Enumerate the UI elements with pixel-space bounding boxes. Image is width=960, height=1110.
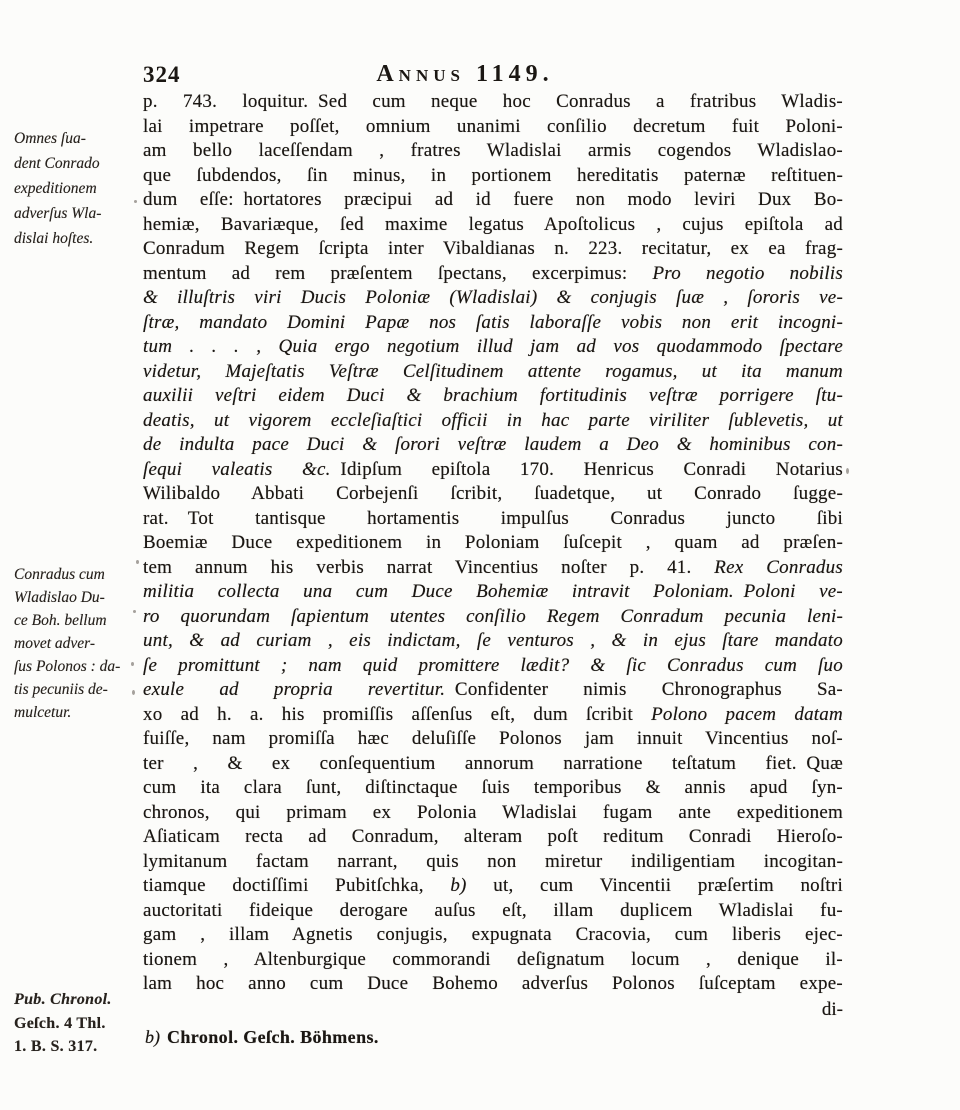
scanned-book-page: 324 Annus 1149. Omnes ſua-dent Conradoex…: [0, 0, 960, 1110]
margin-note-line: Wladislao Du-: [14, 586, 138, 609]
footnote: b)Chronol. Geſch. Böhmens.: [145, 1026, 785, 1049]
body-line: am bello laceſſendam , fratres Wladislai…: [143, 139, 843, 164]
margin-note-line: 1. B. S. 317.: [14, 1035, 138, 1059]
margin-note-line: Conradus cum: [14, 563, 138, 586]
body-line: cum ita clara ſunt, diſtinctaque ſuis te…: [143, 776, 843, 801]
page-number: 324: [143, 62, 181, 88]
margin-note-line: ce Boh. bellum: [14, 609, 138, 632]
body-line: tiamque doctiſſimi Pubitſchka, b) ut, cu…: [143, 874, 843, 899]
margin-note-line: expeditionem: [14, 176, 138, 201]
margin-note-line: mulcetur.: [14, 701, 138, 724]
body-line: ro quorundam ſapientum utentes conſilio …: [143, 605, 843, 630]
body-line: hemiæ, Bavariæque, ſed maxime legatus Ap…: [143, 213, 843, 238]
scan-speck: [134, 200, 137, 203]
scan-speck: [131, 662, 134, 666]
body-line: chronos, qui primam ex Polonia Wladislai…: [143, 801, 843, 826]
body-line: que ſubdendos, ſin minus, in portionem h…: [143, 164, 843, 189]
margin-note-line: Geſch. 4 Thl.: [14, 1012, 138, 1036]
scan-speck: [133, 610, 136, 613]
body-line: Boemiæ Duce expeditionem in Poloniam ſuſ…: [143, 531, 843, 556]
body-line: & illuſtris viri Ducis Poloniæ (Wladisla…: [143, 286, 843, 311]
body-line: ſtræ, mandato Domini Papæ nos ſatis labo…: [143, 311, 843, 336]
body-line: dum eſſe: hortatores præcipui ad id fuer…: [143, 188, 843, 213]
body-line: deatis, ut vigorem eccleſiaſtici officii…: [143, 409, 843, 434]
margin-note-line: ſus Polonos : da-: [14, 655, 138, 678]
body-text: p. 743. loquitur. Sed cum neque hoc Conr…: [143, 90, 843, 997]
body-line: Aſiaticam recta ad Conradum, alteram poſ…: [143, 825, 843, 850]
body-line: ſe promittunt ; nam quid promittere lædi…: [143, 654, 843, 679]
body-line: videtur, Majeſtatis Veſtræ Celſitudinem …: [143, 360, 843, 385]
scan-speck: [70, 1000, 72, 1003]
margin-note-2: Conradus cumWladislao Du-ce Boh. bellumm…: [14, 563, 138, 724]
catchword: di-: [143, 998, 843, 1023]
body-line: Wilibaldo Abbati Corbejenſi ſcribit, ſua…: [143, 482, 843, 507]
scan-speck: [846, 468, 849, 474]
body-line: militia collecta una cum Duce Bohemiæ in…: [143, 580, 843, 605]
body-line: lymitanum factam narrant, quis non miret…: [143, 850, 843, 875]
running-header-title: Annus 1149.: [240, 61, 690, 88]
body-line: exule ad propria revertitur. Confidenter…: [143, 678, 843, 703]
margin-note-line: adverſus Wla-: [14, 201, 138, 226]
margin-note-line: dislai hoſtes.: [14, 226, 138, 251]
scan-speck: [136, 560, 139, 564]
body-line: ſequi valeatis &c. Idipſum epiſtola 170.…: [143, 458, 843, 483]
body-line: auctoritati fideique derogare auſus eſt,…: [143, 899, 843, 924]
footnote-marker: b): [145, 1027, 160, 1047]
margin-note-line: tis pecuniis de-: [14, 678, 138, 701]
body-line: ter , & ex conſequentium annorum narrati…: [143, 752, 843, 777]
body-line: unt, & ad curiam , eis indictam, ſe vent…: [143, 629, 843, 654]
body-line: Conradum Regem ſcripta inter Vibaldianas…: [143, 237, 843, 262]
body-line: tum . . . , Quia ergo negotium illud jam…: [143, 335, 843, 360]
margin-note-line: dent Conrado: [14, 151, 138, 176]
body-line: lai impetrare poſſet, omnium unanimi con…: [143, 115, 843, 140]
body-line: tem annum his verbis narrat Vincentius n…: [143, 556, 843, 581]
margin-note-line: Pub. Chronol.: [14, 988, 138, 1012]
margin-note-1: Omnes ſua-dent Conradoexpeditionemadverſ…: [14, 126, 138, 251]
body-line: lam hoc anno cum Duce Bohemo adverſus Po…: [143, 972, 843, 997]
body-line: fuiſſe, nam promiſſa hæc deluſiſſe Polon…: [143, 727, 843, 752]
body-line: tionem , Altenburgique commorandi deſign…: [143, 948, 843, 973]
body-line: auxilii veſtri eidem Duci & brachium for…: [143, 384, 843, 409]
body-line: rat. Tot tantisque hortamentis impulſus …: [143, 507, 843, 532]
body-line: de indulta pace Duci & ſorori veſtræ lau…: [143, 433, 843, 458]
body-line: mentum ad rem præſentem ſpectans, excerp…: [143, 262, 843, 287]
scan-speck: [132, 690, 135, 695]
body-line: p. 743. loquitur. Sed cum neque hoc Conr…: [143, 90, 843, 115]
margin-note-line: movet adver-: [14, 632, 138, 655]
margin-note-line: Omnes ſua-: [14, 126, 138, 151]
footnote-text: Chronol. Geſch. Böhmens.: [167, 1027, 379, 1047]
body-line: xo ad h. a. his promiſſis aſſenſus eſt, …: [143, 703, 843, 728]
body-line: gam , illam Agnetis conjugis, expugnata …: [143, 923, 843, 948]
margin-note-3: Pub. Chronol.Geſch. 4 Thl.1. B. S. 317.: [14, 988, 138, 1059]
